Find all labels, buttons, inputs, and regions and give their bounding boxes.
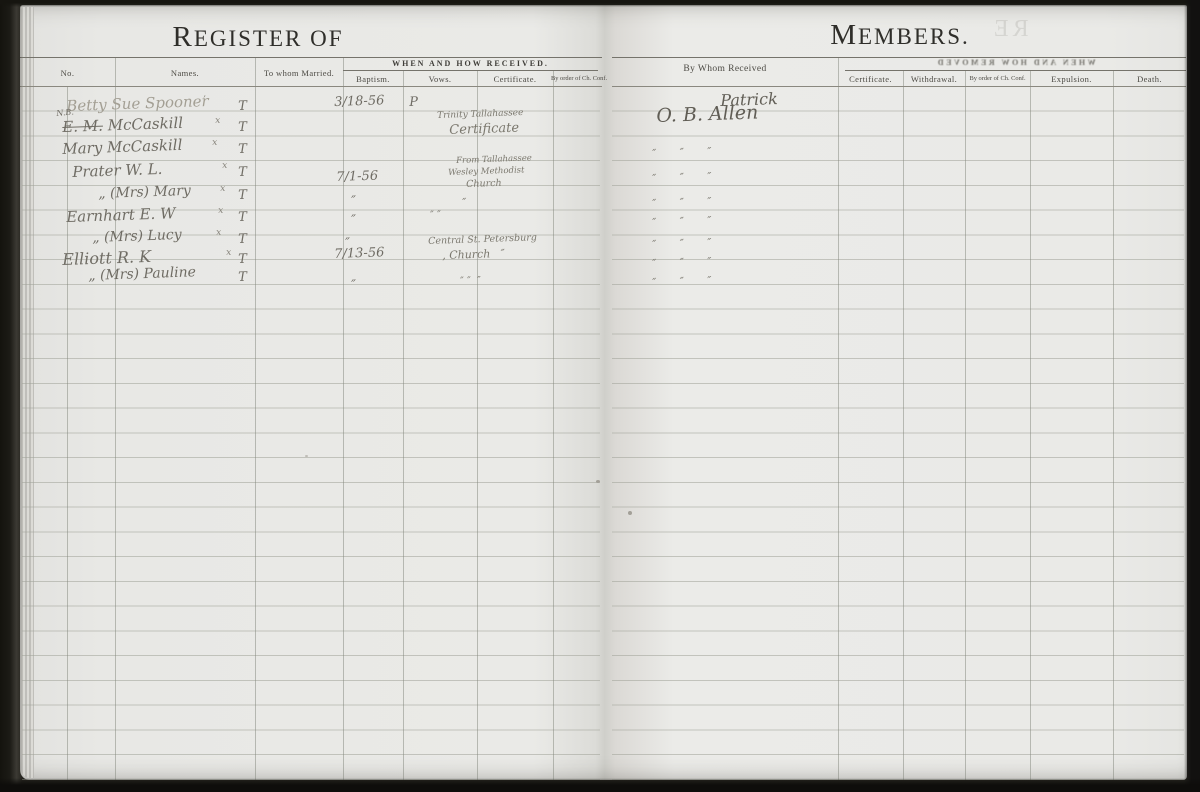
col-header-by-whom-received: By Whom Received	[612, 64, 838, 74]
column-rule	[343, 57, 344, 780]
entry-certificate: , Church ″	[442, 246, 505, 261]
entry-baptism-date: ″	[351, 213, 356, 228]
entry-vows-mark: P	[409, 95, 418, 110]
scanned-register-spread: REGISTER OF MEMBERS. RE No. Names. To wh…	[0, 0, 1200, 792]
entry-married-mark: T	[238, 270, 247, 285]
entry-married-mark: T	[238, 210, 247, 225]
entry-baptism-date: ″	[351, 194, 356, 209]
entry-married-mark: T	[238, 232, 247, 247]
entry-received-by: ″ ″ ″	[652, 255, 712, 270]
entry-check-mark: x	[216, 228, 221, 238]
entry-married-mark: T	[238, 142, 247, 157]
col-header-removed-by-order: By order of Ch. Conf.	[963, 75, 1032, 82]
header-rule	[343, 70, 598, 71]
entry-received-by: ″ ″ ″	[652, 214, 712, 229]
column-rule	[553, 70, 554, 780]
entry-married-mark: T	[238, 99, 247, 114]
entry-received-by: ″ ″ ″	[652, 274, 712, 289]
entry-certificate: ″	[462, 196, 467, 209]
col-header-baptism: Baptism.	[343, 74, 403, 84]
entry-baptism-date: ″	[351, 278, 356, 293]
entry-check-mark: x	[215, 116, 220, 126]
scan-edge-left	[0, 0, 22, 792]
column-rule	[1113, 70, 1114, 780]
col-header-no: No.	[20, 68, 115, 78]
entry-married-mark: T	[238, 188, 247, 203]
column-rule	[1030, 70, 1031, 780]
entry-check-mark: x	[212, 138, 217, 148]
entry-certificate: Church	[466, 178, 502, 190]
entry-certificate: Wesley Methodist	[448, 165, 525, 178]
group-header-received: WHEN AND HOW RECEIVED.	[343, 59, 598, 68]
header-rule	[20, 57, 602, 58]
col-header-vows: Vows.	[403, 74, 477, 84]
entry-received-by: ″ ″ ″	[652, 145, 712, 160]
column-rule	[838, 57, 839, 780]
entry-certificate: Certificate	[449, 121, 519, 138]
entry-married-mark: T	[238, 120, 247, 135]
column-rule	[255, 57, 256, 780]
column-rule	[903, 70, 904, 780]
col-header-death: Death.	[1113, 74, 1186, 84]
entry-married-mark: T	[238, 252, 247, 267]
scan-speck	[628, 511, 632, 515]
entry-check-mark: x	[226, 248, 231, 258]
entry-certificate: ″ ″	[430, 210, 441, 221]
entry-received-by: ″ ″ ″	[652, 170, 712, 185]
left-page-title: REGISTER OF	[20, 21, 496, 54]
group-header-removed: WHEN AND HOW REMOVED	[845, 58, 1186, 67]
entry-name: „ (Mrs) Lucy	[92, 227, 182, 246]
column-rule	[965, 70, 966, 780]
entry-check-mark: x	[218, 206, 223, 216]
entry-name: Earnhart E. W	[66, 204, 176, 226]
col-header-certificate: Certificate.	[477, 74, 553, 84]
bleed-through-ghost-text: RE	[990, 16, 1029, 43]
right-page-grid	[612, 86, 1184, 780]
scan-edge-right	[1184, 0, 1200, 792]
scan-speck	[596, 480, 600, 483]
scan-edge-top	[0, 0, 1200, 7]
entry-baptism-date: 7/13-56	[334, 245, 385, 262]
column-rule	[67, 86, 68, 780]
col-header-by-order: By order of Ch. Conf.	[551, 75, 600, 82]
entry-received-by: ″ ″ ″	[652, 195, 712, 210]
column-rule	[403, 70, 404, 780]
col-header-expulsion: Expulsion.	[1030, 74, 1113, 84]
right-page-title: MEMBERS.	[610, 19, 1190, 52]
col-header-withdrawal: Withdrawal.	[903, 74, 965, 84]
entry-certificate: ″ ″ ″	[460, 275, 481, 287]
entry-note: N.B.	[56, 107, 74, 117]
entry-check-mark: x	[222, 161, 227, 171]
entry-received-by: O. B. Allen	[656, 101, 759, 127]
header-rule	[845, 70, 1186, 71]
entry-check-mark: ’	[203, 95, 206, 105]
scan-edge-bottom	[0, 778, 1200, 792]
col-header-removed-certificate: Certificate.	[838, 74, 903, 84]
col-header-married: To whom Married.	[255, 68, 343, 78]
col-header-names: Names.	[115, 68, 255, 78]
entry-name: Prater W. L.	[72, 160, 163, 181]
entry-baptism-date: 7/1-56	[336, 169, 378, 185]
entry-married-mark: T	[238, 165, 247, 180]
entry-received-by: ″ ″ ″	[652, 236, 712, 251]
entry-check-mark: x	[220, 184, 225, 194]
header-rule	[20, 86, 602, 87]
header-rule	[612, 86, 1186, 87]
scan-speck	[305, 455, 308, 457]
entry-name: „ (Mrs) Mary	[98, 183, 191, 202]
entry-baptism-date: 3/18-56	[334, 93, 385, 110]
